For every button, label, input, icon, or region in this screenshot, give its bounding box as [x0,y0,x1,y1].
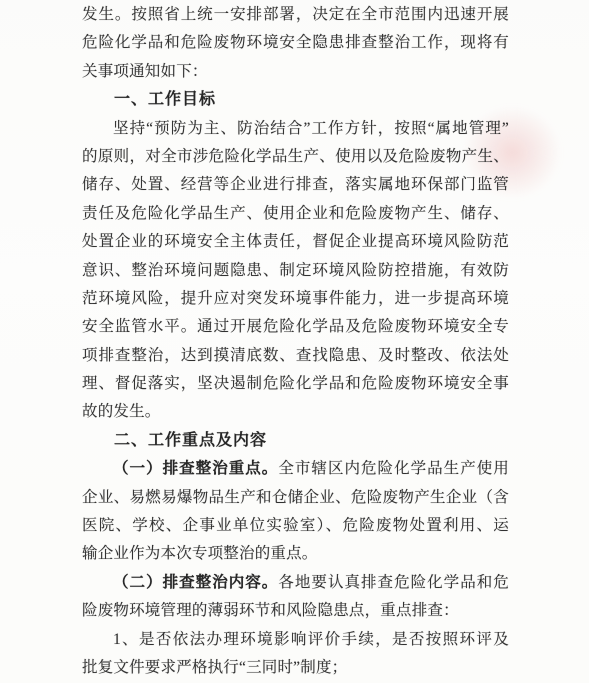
text-segment: 的原则，对全市涉危险化学品生产、使用以及危险废物产生、 [82,148,509,165]
text-segment: 险废物环境管理的薄弱环节和风险隐患点，重点排查： [82,602,459,619]
text-segment: 项排查整治，达到摸清底数、查找隐患、及时整改、依法处 [82,347,509,364]
section-heading: 一、工作目标 [82,86,509,114]
text-line: 的原则，对全市涉危险化学品生产、使用以及危险废物产生、 [82,143,509,171]
text-segment: 理、督促落实，坚决遏制危险化学品和危险废物环境安全事 [82,375,509,392]
text-segment: 储存、处置、经营等企业进行排查，落实属地环保部门监管 [82,176,509,193]
text-segment: 输企业作为本次专项整治的重点。 [82,545,318,562]
text-segment: 关事项通知如下： [82,63,208,80]
text-line: 项排查整治，达到摸清底数、查找隐患、及时整改、依法处 [82,342,509,370]
text-line: 意识、整治环境问题隐患、制定环境风险防控措施，有效防 [82,257,509,285]
text-line: 处置企业的环境安全主体责任，督促企业提高环境风险防范 [82,228,509,256]
text-line: 批复文件要求严格执行“三同时”制度； [82,654,509,682]
text-segment: 故的发生。 [82,403,161,420]
bold-text-segment: 二、工作重点及内容 [114,432,267,449]
text-segment: 批复文件要求严格执行“三同时”制度； [82,659,347,676]
text-segment: 医院、学校、企事业单位实验室）、危险废物处置利用、运 [82,517,509,534]
text-segment: 安全监管水平。通过开展危险化学品及危险废物环境安全专 [82,318,509,335]
text-line: 坚持“预防为主、防治结合”工作方针，按照“属地管理” [82,115,509,143]
text-line: 医院、学校、企事业单位实验室）、危险废物处置利用、运 [82,512,509,540]
text-segment: 范环境风险，提升应对突发环境事件能力，进一步提高环境 [82,290,509,307]
text-segment: 意识、整治环境问题隐患、制定环境风险防控措施，有效防 [82,262,509,279]
text-line: 企业、易燃易爆物品生产和仓储企业、危险废物产生企业（含 [82,484,509,512]
text-segment: 全市辖区内危险化学品生产使用 [278,460,509,477]
text-segment: 发生。按照省上统一安排部署，决定在全市范围内迅速开展 [82,6,509,23]
text-line: 储存、处置、经营等企业进行排查，落实属地环保部门监管 [82,171,509,199]
text-line: 安全监管水平。通过开展危险化学品及危险废物环境安全专 [82,313,509,341]
text-segment: 1、是否依法办理环境影响评价手续，是否按照环评及 [113,631,509,648]
text-line: （一）排查整治重点。全市辖区内危险化学品生产使用 [82,455,509,483]
text-segment: 企业、易燃易爆物品生产和仓储企业、危险废物产生企业（含 [82,489,509,506]
document-page: 发生。按照省上统一安排部署，决定在全市范围内迅速开展危险化学品和危险废物环境安全… [82,1,509,683]
text-line: 危险化学品和危险废物环境安全隐患排查整治工作，现将有 [82,29,509,57]
text-segment: 责任及危险化学品生产、使用企业和危险废物产生、储存、 [82,205,509,222]
text-segment: 坚持“预防为主、防治结合”工作方针，按照“属地管理” [113,120,509,137]
text-line: 责任及危险化学品生产、使用企业和危险废物产生、储存、 [82,200,509,228]
bold-text-segment: （二）排查整治内容。 [113,574,278,591]
section-heading: 二、工作重点及内容 [82,427,509,455]
text-line: 发生。按照省上统一安排部署，决定在全市范围内迅速开展 [82,1,509,29]
text-line: 关事项通知如下： [82,58,509,86]
text-line: 输企业作为本次专项整治的重点。 [82,540,509,568]
text-line: 理、督促落实，坚决遏制危险化学品和危险废物环境安全事 [82,370,509,398]
text-line: （二）排查整治内容。各地要认真排查危险化学品和危 [82,569,509,597]
text-segment: 危险化学品和危险废物环境安全隐患排查整治工作，现将有 [82,34,509,51]
text-line: 险废物环境管理的薄弱环节和风险隐患点，重点排查： [82,597,509,625]
bold-text-segment: 一、工作目标 [114,91,216,108]
text-line: 范环境风险，提升应对突发环境事件能力，进一步提高环境 [82,285,509,313]
text-segment: 各地要认真排查危险化学品和危 [278,574,509,591]
text-segment: 处置企业的环境安全主体责任，督促企业提高环境风险防范 [82,233,509,250]
bold-text-segment: （一）排查整治重点。 [113,460,278,477]
text-line: 故的发生。 [82,398,509,426]
text-line: 1、是否依法办理环境影响评价手续，是否按照环评及 [82,626,509,654]
